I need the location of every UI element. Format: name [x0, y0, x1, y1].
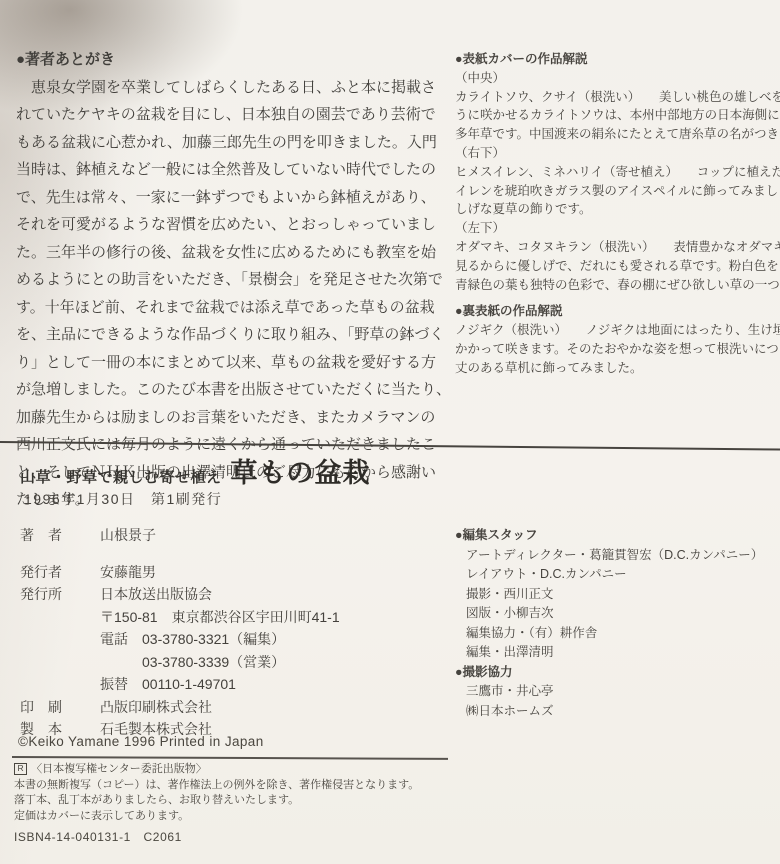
- colophon-label: 著 者: [20, 524, 100, 547]
- cover-notes-section-label: （右下）: [455, 144, 780, 163]
- cover-notes-line: かかって咲きます。そのたおやかな姿を想って根洗いにつく: [455, 340, 780, 359]
- afterword-line: り」として一冊の本にまとめて以来、草もの盆栽を愛好する方: [16, 349, 446, 377]
- colophon-label: [20, 628, 100, 651]
- afterword-line: 当時は、鉢植えなど一般には全然普及していない時代でしたの: [16, 156, 446, 184]
- colophon-value: 〒150-81 東京都渋谷区宇田川町41-1: [100, 606, 340, 629]
- cover-notes-section-label: （左下）: [455, 219, 780, 238]
- cover-notes-line: カライトソウ、クサイ（根洗い） 美しい桃色の雄しべを: [455, 88, 780, 107]
- cover-notes-line: ヒメスイレン、ミネハリイ（寄せ植え） コップに植えた: [455, 163, 780, 182]
- colophon-value: 03-3780-3339（営業）: [100, 651, 285, 674]
- afterword-line: す。十年ほど前、それまで盆栽では添え草であった草もの盆栽: [16, 294, 446, 322]
- cover-notes-heading: ●表紙カバーの作品解説: [455, 50, 780, 69]
- book-subtitle: 山草・野草で親しむ寄せ植え: [20, 466, 222, 487]
- afterword-line: で、先生は常々、一家に一鉢ずつでもよいから鉢植えがあり、: [16, 184, 446, 212]
- colophon-row: 印 刷 凸版印刷株式会社: [20, 696, 340, 719]
- cover-artwork-notes: ●表紙カバーの作品解説 （中央） カライトソウ、クサイ（根洗い） 美しい桃色の雄…: [455, 50, 780, 378]
- colophon-row: 03-3780-3339（営業）: [20, 651, 340, 674]
- book-title-block: 山草・野草で親しむ寄せ植え 草もの盆栽: [20, 451, 371, 490]
- cover-notes-line: オダマキ、コタヌキラン（根洗い） 表情豊かなオダマキの: [455, 238, 780, 257]
- afterword-line: た。三年半の修行の後、盆栽を女性に広めるためにも教室を始: [16, 239, 446, 267]
- afterword-line: もある盆栽に心惹かれ、加藤三郎先生の門を叩きました。入門: [16, 129, 446, 157]
- cover-notes-line: イレンを琥珀吹きガラス製のアイスペイルに飾ってみまし: [455, 182, 780, 201]
- cover-notes-line: 多年草です。中国渡来の絹糸にたとえて唐糸草の名がつき: [455, 125, 780, 144]
- reprography-rights-label: 〈日本複写権センター委託出版物〉: [31, 763, 207, 775]
- back-cover-notes-heading: ●裏表紙の作品解説: [455, 302, 780, 321]
- cover-notes-line: しげな夏草の飾りです。: [455, 200, 780, 219]
- fine-print-line: 本書の無断複写（コピー）は、著作権法上の例外を除き、著作権侵害となります。: [14, 778, 419, 794]
- colophon-label: [20, 673, 100, 696]
- colophon-label: 印 刷: [20, 696, 100, 719]
- cover-notes-line: 丈のある草机に飾ってみました。: [455, 359, 780, 378]
- staff-credit-line: 図版・小柳吉次: [455, 604, 763, 624]
- cooperation-credit-line: ㈱日本ホームズ: [455, 702, 763, 722]
- colophon-table: 著 者 山根景子 発行者 安藤龍男 発行所 日本放送出版協会 〒150-81 東…: [20, 524, 340, 741]
- afterword-line: れていたケヤキの盆栽を目にし、日本独自の園芸であり芸術で: [16, 101, 446, 129]
- staff-credit-line: 編集・出澤清明: [455, 643, 763, 663]
- edition-date: 1996年1月30日 第1刷発行: [24, 489, 222, 509]
- colophon-value: 振替 00110-1-49701: [100, 673, 236, 696]
- staff-heading: ●編集スタッフ: [455, 526, 763, 546]
- cover-notes-line: うに咲かせるカライトソウは、本州中部地方の日本海側に: [455, 106, 780, 125]
- horizontal-rule-bottom: [12, 756, 448, 759]
- afterword-line: それを可愛がるような習慣を広めたい、とおっしゃっていまし: [16, 211, 446, 239]
- cooperation-credit-line: 三鷹市・井心亭: [455, 682, 763, 702]
- afterword-line: めるようにとの助言をいただき、「景樹会」を発足させた次第で: [16, 266, 446, 294]
- colophon-row: 〒150-81 東京都渋谷区宇田川町41-1: [20, 606, 340, 629]
- colophon-value: 山根景子: [100, 524, 156, 547]
- colophon-label: 発行所: [20, 583, 100, 606]
- afterword-line: が急増しました。このたび本書を出版させていただくに当たり、: [16, 376, 446, 404]
- colophon-label: [20, 651, 100, 674]
- colophon-value: 日本放送出版協会: [100, 583, 212, 606]
- staff-credit-line: 編集協力・（有）耕作舎: [455, 624, 763, 644]
- staff-credit-line: レイアウト・D.C.カンパニー: [455, 565, 763, 585]
- colophon-value: 安藤龍男: [100, 561, 156, 584]
- cover-notes-line: 見るからに優しげで、だれにも愛される草です。粉白色を: [455, 257, 780, 276]
- afterword-line: を、主品にできるような作品づくりに取り組み、「野草の鉢づく: [16, 321, 446, 349]
- copyright-line: ©Keiko Yamane 1996 Printed in Japan: [18, 734, 264, 749]
- colophon-value: 電話 03-3780-3321（編集）: [100, 628, 285, 651]
- afterword-line: 恵泉女学園を卒業してしばらくしたある日、ふと本に掲載さ: [16, 74, 446, 102]
- reprography-rights-icon: R: [14, 763, 27, 775]
- staff-credit-line: 撮影・西川正文: [455, 585, 763, 605]
- staff-credit-line: アートディレクター・葛籠貫智宏（D.C.カンパニー）: [455, 546, 763, 566]
- colophon-row: 発行所 日本放送出版協会: [20, 583, 340, 606]
- fine-print-line: 落丁本、乱丁本がありましたら、お取り替えいたします。: [14, 793, 419, 809]
- isbn-line: ISBN4-14-040131-1 C2061: [14, 828, 182, 845]
- colophon-row: 電話 03-3780-3321（編集）: [20, 628, 340, 651]
- colophon-label: 発行者: [20, 561, 100, 584]
- book-colophon-page: ●著者あとがき 恵泉女学園を卒業してしばらくしたある日、ふと本に掲載さ れていた…: [0, 0, 780, 864]
- cover-notes-section-label: （中央）: [455, 69, 780, 88]
- colophon-row: 発行者 安藤龍男: [20, 561, 340, 584]
- editorial-credits: ●編集スタッフ アートディレクター・葛籠貫智宏（D.C.カンパニー） レイアウト…: [455, 526, 763, 721]
- cover-notes-line: ノジギク（根洗い） ノジギクは地面にはったり、生け垣に: [455, 321, 780, 340]
- book-title: 草もの盆栽: [231, 451, 371, 490]
- fine-print: R〈日本複写権センター委託出版物〉 本書の無断複写（コピー）は、著作権法上の例外…: [14, 762, 419, 824]
- reprography-notice: R〈日本複写権センター委託出版物〉: [14, 762, 419, 778]
- colophon-row: 著 者 山根景子: [20, 524, 340, 547]
- cover-notes-line: 青緑色の葉も独特の色彩で、春の棚にぜひ欲しい草の一つ: [455, 276, 780, 295]
- colophon-value: 凸版印刷株式会社: [100, 696, 212, 719]
- afterword-line: 加藤先生からは励ましのお言葉をいただき、またカメラマンの: [16, 404, 446, 432]
- afterword-heading: ●著者あとがき: [16, 46, 446, 74]
- colophon-label: [20, 606, 100, 629]
- colophon-row: 振替 00110-1-49701: [20, 673, 340, 696]
- fine-print-line: 定価はカバーに表示してあります。: [14, 809, 419, 825]
- cooperation-heading: ●撮影協力: [455, 663, 763, 683]
